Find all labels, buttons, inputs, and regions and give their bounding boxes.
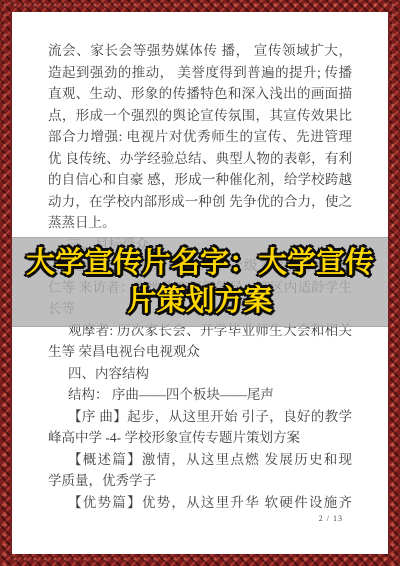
text-line: 动力，在学校内部形成一种创 先争优的合力，使之更加朝气蓬勃，	[48, 191, 352, 213]
text-line: 点，形成一个强烈的舆论宣传氛围，其宣传效果比平面传媒强势; 内	[48, 105, 352, 127]
text-line: 流会、家长会等强势媒体传 播， 宣传领域扩大， 对学校品牌的塑	[48, 40, 352, 62]
frame-border-right	[388, 0, 400, 566]
text-line: 【优势篇】优势，从这里升华 软硬件设施齐备，绿色、平安、健	[48, 492, 352, 514]
text-line: 生等 荣昌电视台电视观众	[48, 341, 352, 363]
frame-border-left	[0, 0, 12, 566]
text-line: 四、内容结构	[48, 363, 352, 385]
text-line: 蒸蒸日上。	[48, 212, 352, 234]
text-line: 结构： 序曲——四个板块——尾声	[48, 384, 352, 406]
text-line: 学质量，优秀学子	[48, 470, 352, 492]
text-line: 直观、生动、形象的传播特色和深入浅出的画面描述 易懂易记的特	[48, 83, 352, 105]
headline-banner: 大学宣传片名字：大学宣传 片策划方案	[0, 237, 400, 327]
text-line: 【序 曲】起步，从这里开始 引子，良好的教学环境总览 荣昌县	[48, 406, 352, 428]
text-line: 造起到强劲的推动， 美誉度得到普遍的提升; 传播效果显著: 电视	[48, 62, 352, 84]
text-line: 部合力增强: 电视片对优秀师生的宣传、先进管理模式、特色教学、	[48, 126, 352, 148]
text-line: 【概述篇】激情，从这里点燃 发展历史和现状，规模和实力，教	[48, 449, 352, 471]
frame-border-top	[0, 0, 400, 12]
text-line: 优 良传统、办学经验总结、典型人物的表彰，有利于提高广大师生	[48, 148, 352, 170]
headline-line-1: 大学宣传片名字：大学宣传	[26, 244, 374, 282]
text-line: 峰高中学 -4- 学校形象宣传专题片策划方案	[48, 427, 352, 449]
document-page: 流会、家长会等强势媒体传 播， 宣传领域扩大， 对学校品牌的塑造起到强劲的推动，…	[0, 0, 400, 566]
page-number: 2 / 13	[319, 514, 343, 523]
text-line: 的自信心和自豪 感，形成一种催化剂，给学校跨越式发展注入新的	[48, 169, 352, 191]
frame-border-bottom	[0, 554, 400, 566]
headline-line-2: 片策划方案	[127, 282, 272, 320]
